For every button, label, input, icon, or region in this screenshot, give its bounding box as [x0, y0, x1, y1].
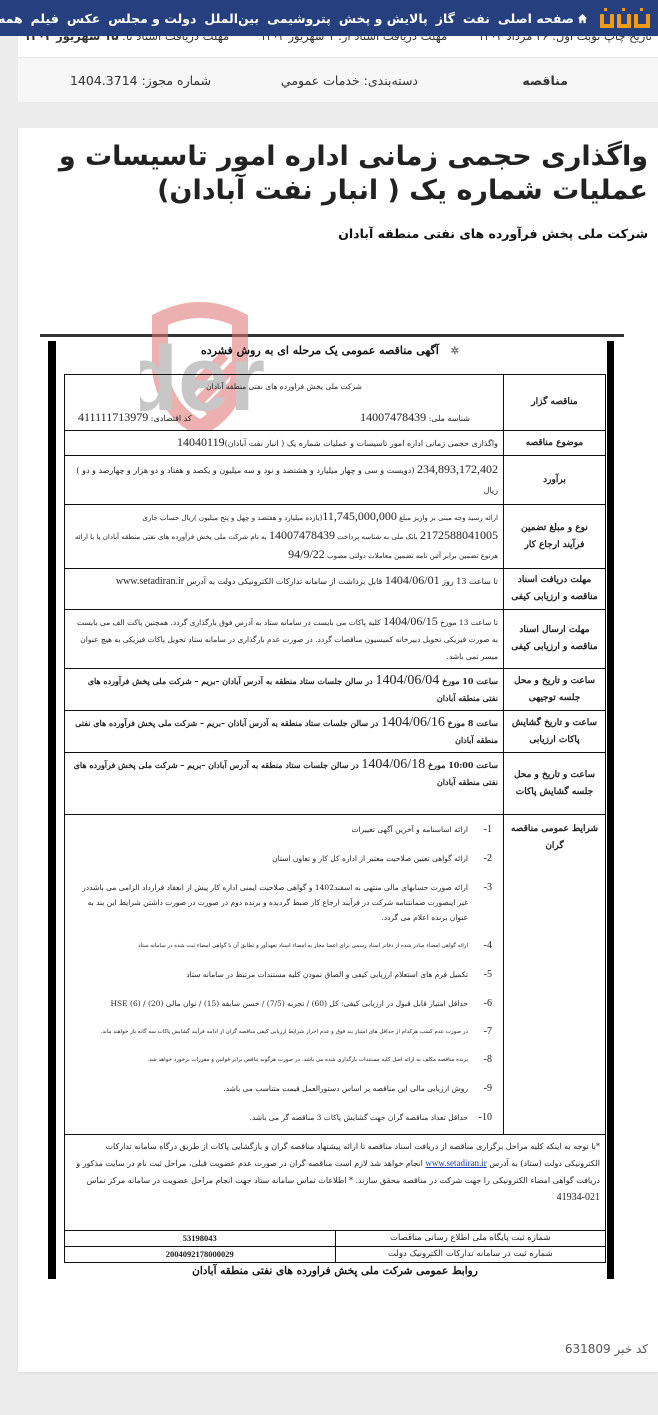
docs-to-label: مهلت دریافت اسناد تا: [118, 36, 229, 43]
condition-number: 9- [476, 1081, 492, 1096]
nav-item-oil[interactable]: نفت [459, 11, 494, 26]
registration-table: شماره ثبت پایگاه ملی اطلاع رسانی مناقصات… [64, 1230, 606, 1263]
table-row: برآورد 234,893,172,402 (دویست و سی و چها… [65, 456, 606, 505]
docs-from-date: مهلت دریافت اسناد از: ۱ شهریور ۱۴۰۴ [260, 36, 447, 45]
condition-text: ارائه گواهی امضاء صادر شده از دفاتر اسنا… [138, 939, 468, 953]
registration-label: شماره ثبت در سامانه تدارکات الکترونیک دو… [335, 1247, 606, 1263]
guarantee-label: نوع و مبلغ تضمین فرآیند ارجاع کار [504, 505, 606, 569]
briefing-p1: ساعت 10 مورخ [439, 676, 498, 686]
condition-number: 1- [476, 822, 492, 837]
docs-receive-p2: قابل برداشت از سامانه تدارکات الکترونیکی… [184, 577, 385, 586]
nav-item-international[interactable]: بین‌الملل [200, 11, 263, 26]
logo-icon [600, 6, 650, 30]
nav-item-video[interactable]: فیلم [27, 11, 63, 26]
estimate-label: برآورد [504, 456, 606, 505]
tender-type: مناقصه [522, 73, 568, 88]
nav-item-home[interactable]: صفحه اصلی [494, 11, 592, 26]
nav-item-gas[interactable]: گاز [432, 11, 459, 26]
condition-number: 6- [476, 996, 492, 1011]
print-date: تاریخ چاپ نوبت اول: ۲۶ مرداد ۱۴۰۴ [478, 36, 652, 45]
registration-label: شماره ثبت پایگاه ملی اطلاع رسانی مناقصات [335, 1231, 606, 1247]
nav-item-government[interactable]: دولت و مجلس [104, 11, 200, 26]
conditions-label: شرایط عمومی مناقصه گران [504, 815, 606, 1135]
condition-text: روش ارزیابی مالی این مناقصه بر اساس دستو… [223, 1081, 468, 1096]
nav-item-all-news[interactable]: همه اخبار [0, 11, 27, 26]
condition-text: حداقل امتیاز قابل قبول در ارزیابی کیفی: … [110, 996, 468, 1011]
table-row: شماره ثبت پایگاه ملی اطلاع رسانی مناقصات… [65, 1231, 606, 1247]
table-row: نوع و مبلغ تضمین فرآیند ارجاع کار ارائه … [65, 505, 606, 569]
tender-category[interactable]: دسته‌بندی: خدمات عمومي [281, 73, 418, 88]
docs-to-value: ۱۵ شهریور ۱۴۰۴ [24, 36, 118, 43]
top-navbar: صفحه اصلی نفت گاز پالایش و پخش پتروشیمی … [0, 0, 658, 36]
doc-top-border [40, 334, 624, 337]
table-row: موضوع مناقصه واگذاری حجمی زمانی اداره ام… [65, 431, 606, 456]
docs-receive-date: 1404/06/01 [385, 573, 440, 587]
doc-footer: روابط عمومی شرکت ملی پخش فراورده های نفت… [64, 1265, 606, 1277]
news-code: کد خبر 631809 [565, 1342, 648, 1356]
condition-item: 3-ارائه صورت حسابهای مالی منتهی به اسفند… [70, 880, 498, 925]
condition-item: 7-در صورت عدم کسب هرکدام از حداقل های ام… [70, 1025, 498, 1039]
conditions-value: 1-ارائه اساسنامه و آخرین آگهی تغییرات 2-… [65, 815, 504, 1135]
estimate-value: 234,893,172,402 (دویست و سی و چهار میلیا… [65, 456, 504, 505]
condition-number: 10- [476, 1110, 492, 1125]
docs-receive-p1: تا ساعت 13 روز [440, 577, 498, 586]
bids-open-p1: ساعت 10:00 مورخ [425, 760, 498, 770]
setad-url: www.setadiran.ir [116, 576, 184, 587]
condition-number: 3- [476, 880, 492, 925]
nav-menu: صفحه اصلی نفت گاز پالایش و پخش پتروشیمی … [0, 11, 592, 26]
guarantee-value: ارائه رسید وجه مبنی بر واریز مبلغ 11,745… [65, 505, 504, 569]
subject-code: 14040119 [177, 435, 225, 449]
home-icon [577, 13, 588, 24]
docs-send-p1: تا ساعت 13 مورخ [438, 618, 498, 627]
organizer-label: مناقصه گزار [504, 375, 606, 431]
organizer-value: شرکت ملی پخش فراورده های نفتی منطقه آباد… [65, 375, 504, 431]
briefing-date: 1404/06/04 [376, 673, 440, 688]
condition-text: ارائه صورت حسابهای مالی منتهی به اسفند14… [70, 880, 468, 925]
doc-left-border [48, 341, 56, 1279]
approval-date: 94/9/22 [288, 547, 325, 561]
table-row: شرایط عمومی مناقصه گران 1-ارائه اساسنامه… [65, 815, 606, 1135]
bids-open-value: ساعت 10:00 مورخ 1404/06/18 در سالن جلسات… [65, 753, 504, 815]
condition-text: در صورت عدم کسب هرکدام از حداقل های امتی… [101, 1025, 468, 1039]
nav-item-petrochemical[interactable]: پتروشیمی [263, 11, 335, 26]
economic-code-label: کد اقتصادی: [148, 414, 191, 423]
docs-send-label: مهلت ارسال اسناد مناقصه و ارزیابی کیفی [504, 610, 606, 669]
tender-meta-card: تاریخ چاپ نوبت اول: ۲۶ مرداد ۱۴۰۴ مهلت د… [18, 36, 658, 102]
condition-item: 2-ارائه گواهی تعیین صلاحیت معتبر از ادار… [70, 851, 498, 866]
table-row: مهلت دریافت اسناد مناقصه و ارزیابی کیفی … [65, 569, 606, 610]
eval-open-label: ساعت و تاریخ گشایش پاکات ارزیابی [504, 711, 606, 753]
article-subtitle: شرکت ملی پخش فرآورده های نفتی منطقه آباد… [338, 226, 648, 241]
economic-code: کد اقتصادی: 411111713979 [78, 409, 192, 427]
national-id: شناسه ملی: 14007478439 [360, 409, 470, 427]
eval-open-date: 1404/06/16 [381, 715, 445, 730]
table-row: ساعت و تاریخ و محل جلسه گشایش پاکات ساعت… [65, 753, 606, 815]
briefing-label: ساعت و تاریخ و محل جلسه توجیهی [504, 669, 606, 711]
tender-table: مناقصه گزار شرکت ملی پخش فراورده های نفت… [64, 374, 606, 1253]
bids-open-date: 1404/06/18 [361, 757, 425, 772]
condition-number: 4- [476, 939, 492, 953]
conditions-list: 1-ارائه اساسنامه و آخرین آگهی تغییرات 2-… [70, 818, 498, 1131]
subject-label: موضوع مناقصه [504, 431, 606, 456]
condition-text: برنده مناقصه مکلف به ارائه اصل کلیه مستن… [147, 1053, 468, 1067]
shana-logo[interactable] [600, 0, 650, 36]
condition-number: 2- [476, 851, 492, 866]
docs-receive-value: تا ساعت 13 روز 1404/06/01 قابل برداشت از… [65, 569, 504, 610]
nav-item-refining[interactable]: پالایش و پخش [335, 11, 432, 26]
condition-text: تکمیل فرم های استعلام ارزیابی کیفی و الص… [186, 967, 468, 982]
condition-item: 1-ارائه اساسنامه و آخرین آگهی تغییرات [70, 822, 498, 837]
table-row: مهلت ارسال اسناد مناقصه و ارزیابی کیفی ت… [65, 610, 606, 669]
payment-id: 14007478439 [269, 528, 335, 542]
table-row: مناقصه گزار شرکت ملی پخش فراورده های نفت… [65, 375, 606, 431]
table-row: ساعت و تاریخ و محل جلسه توجیهی ساعت 10 م… [65, 669, 606, 711]
doc-heading: ✲ آگهی مناقصه عمومی یک مرحله ای به روش ف… [60, 344, 600, 357]
nav-item-photo[interactable]: عکس [63, 11, 104, 26]
doc-heading-text: آگهی مناقصه عمومی یک مرحله ای به روش فشر… [201, 344, 439, 357]
condition-item: 8-برنده مناقصه مکلف به ارائه اصل کلیه مس… [70, 1053, 498, 1067]
condition-item: 10-حداقل تعداد مناقصه گران جهت گشایش پاک… [70, 1110, 498, 1125]
bids-open-label: ساعت و تاریخ و محل جلسه گشایش پاکات [504, 753, 606, 815]
national-id-label: شناسه ملی: [426, 414, 470, 423]
briefing-value: ساعت 10 مورخ 1404/06/04 در سالن جلسات ست… [65, 669, 504, 711]
setad-link[interactable]: www.setadiran.ir [425, 1158, 486, 1168]
guarantee-p2: (یازده میلیارد و هفتصد و چهل و پنج میلیو… [142, 514, 322, 522]
guarantee-amount: 11,745,000,000 [322, 509, 397, 523]
condition-text: حداقل تعداد مناقصه گران جهت گشایش پاکات … [249, 1110, 468, 1125]
condition-item: 4-ارائه گواهی امضاء صادر شده از دفاتر اس… [70, 939, 498, 953]
registration-value: 53198043 [65, 1231, 336, 1247]
condition-text: ارائه اساسنامه و آخرین آگهی تغییرات [352, 822, 469, 837]
condition-number: 7- [476, 1025, 492, 1039]
subject-value: واگذاری حجمی زمانی اداره امور تاسیسات و … [65, 431, 504, 456]
guarantee-p1: ارائه رسید وجه مبنی بر واریز مبلغ [397, 514, 498, 522]
eval-open-value: ساعت 8 مورخ 1404/06/16 در سالن جلسات ستا… [65, 711, 504, 753]
call-center-phone: 021-41934 [557, 1192, 600, 1203]
nav-item-label: صفحه اصلی [498, 11, 574, 26]
tender-document-image: ✲ آگهی مناقصه عمومی یک مرحله ای به روش ف… [40, 334, 632, 1284]
license-number: شماره مجوز: 1404.3714 [70, 73, 211, 88]
condition-item: 5-تکمیل فرم های استعلام ارزیابی کیفی و ا… [70, 967, 498, 982]
eval-open-p1: ساعت 8 مورخ [445, 718, 498, 728]
meta-info-row: مناقصه دسته‌بندی: خدمات عمومي شماره مجوز… [18, 58, 658, 102]
organizer-ids: شناسه ملی: 14007478439 کد اقتصادی: 41111… [70, 409, 498, 427]
subject-text: واگذاری حجمی زمانی اداره امور تاسیسات و … [225, 439, 498, 448]
table-row: شماره ثبت در سامانه تدارکات الکترونیک دو… [65, 1247, 606, 1263]
national-id-value: 14007478439 [360, 410, 426, 424]
doc-right-border [607, 341, 614, 1279]
article-title: واگذاری حجمی زمانی اداره امور تاسیسات و … [38, 140, 648, 208]
bank-account: 2172588041005 [420, 528, 498, 542]
condition-item: 6-حداقل امتیاز قابل قبول در ارزیابی کیفی… [70, 996, 498, 1011]
condition-number: 8- [476, 1053, 492, 1067]
condition-text: ارائه گواهی تعیین صلاحیت معتبر از اداره … [272, 851, 468, 866]
docs-send-value: تا ساعت 13 مورخ 1404/06/15 کلیه پاکات می… [65, 610, 504, 669]
guarantee-p3: بانک ملی به شناسه پرداخت [335, 533, 420, 541]
economic-code-value: 411111713979 [78, 410, 148, 424]
docs-to-date: مهلت دریافت اسناد تا: ۱۵ شهریور ۱۴۰۴ [24, 36, 229, 45]
condition-item: 9-روش ارزیابی مالی این مناقصه بر اساس دس… [70, 1081, 498, 1096]
organizer-name: شرکت ملی پخش فراورده های نفتی منطقه آباد… [70, 378, 498, 395]
table-row: ساعت و تاریخ گشایش پاکات ارزیابی ساعت 8 … [65, 711, 606, 753]
tender-dates: تاریخ چاپ نوبت اول: ۲۶ مرداد ۱۴۰۴ مهلت د… [24, 36, 652, 45]
docs-receive-label: مهلت دریافت اسناد مناقصه و ارزیابی کیفی [504, 569, 606, 610]
docs-send-date: 1404/06/15 [383, 614, 438, 628]
registration-value: 2004092178000029 [65, 1247, 336, 1263]
condition-number: 5- [476, 967, 492, 982]
bullet-icon: ✲ [451, 346, 459, 357]
estimate-amount: 234,893,172,402 [417, 462, 498, 476]
